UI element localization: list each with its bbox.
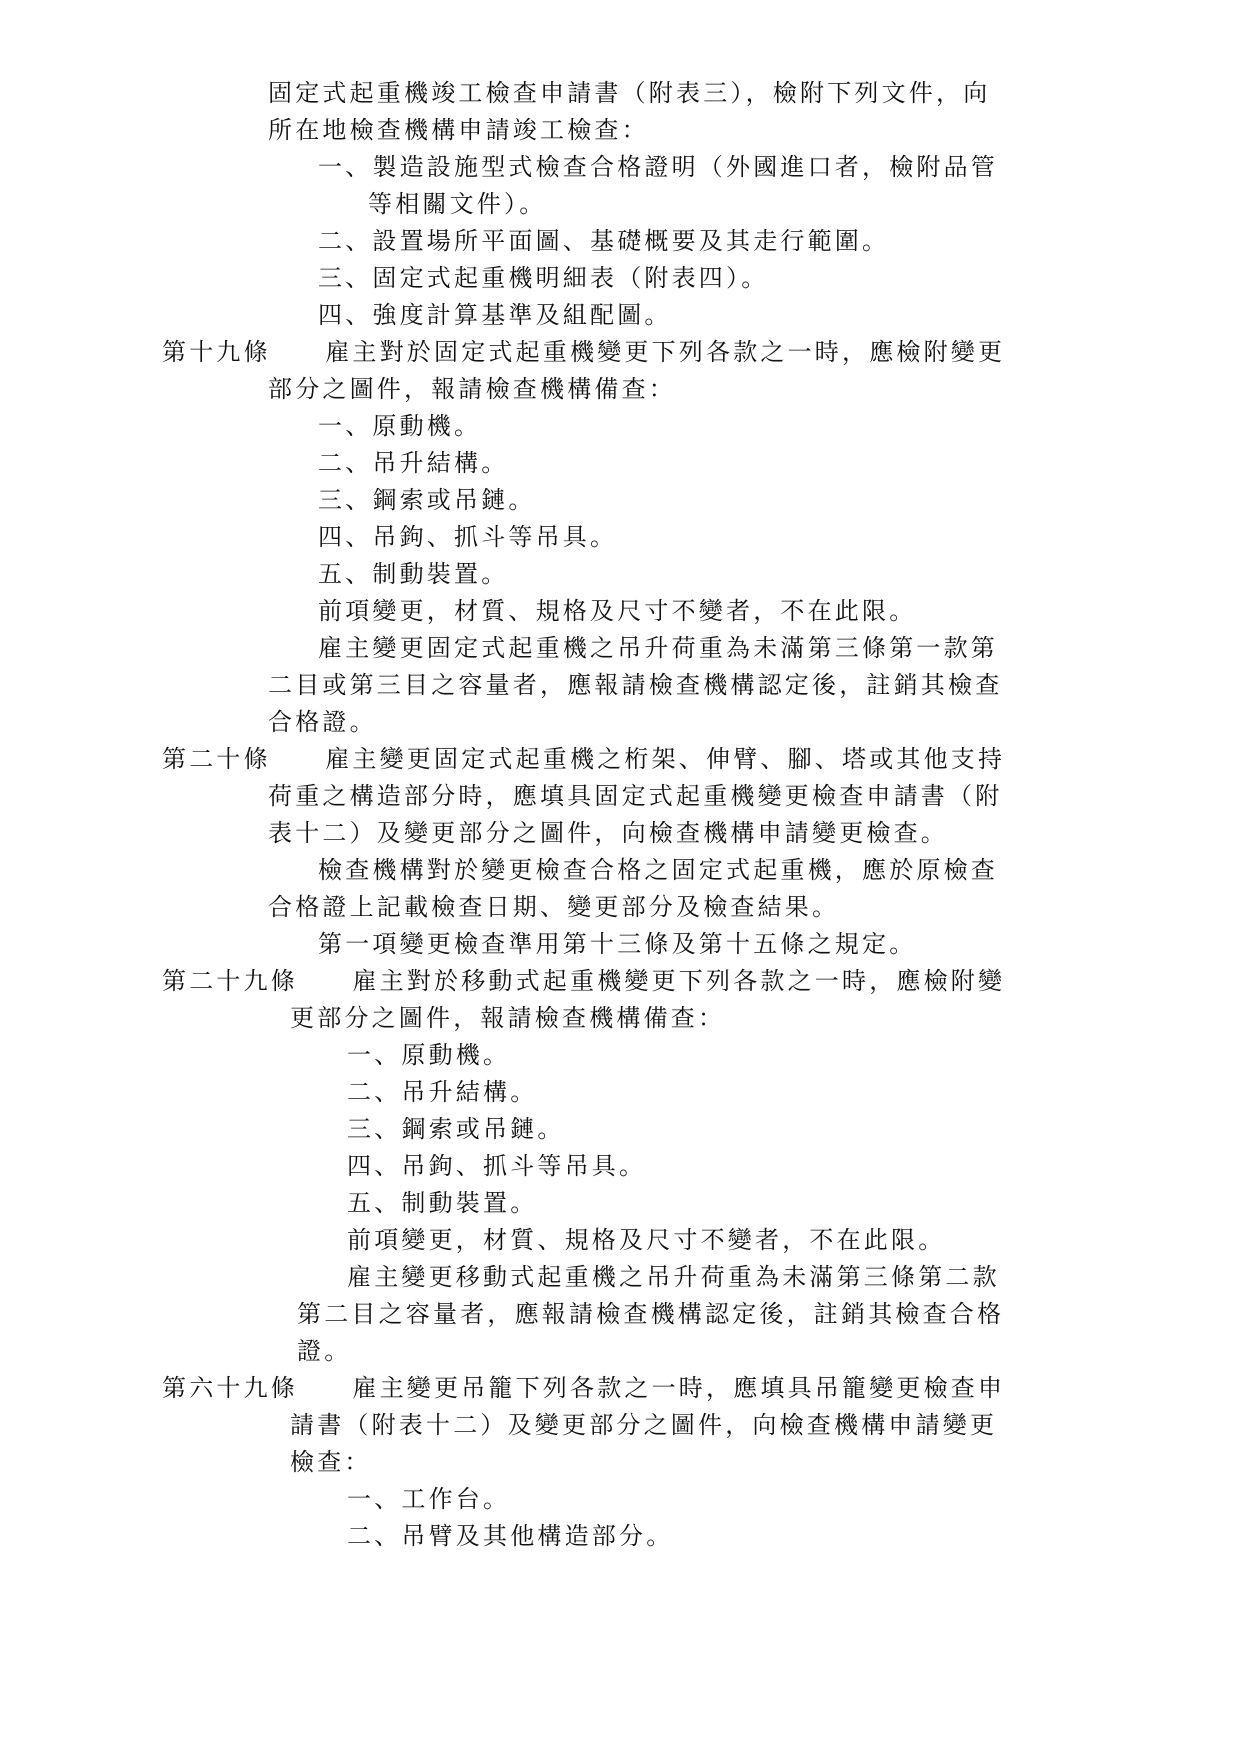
text-line: 合格證上記載檢查日期、變更部分及檢查結果。 [268, 892, 839, 922]
text-line: 第二十條 雇主變更固定式起重機之桁架、伸臂、腳、塔或其他支持 [162, 744, 1005, 774]
text-line: 二目或第三目之容量者，應報請檢查機構認定後，註銷其檢查 [268, 670, 1002, 700]
text-line: 請書（附表十二）及變更部分之圖件，向檢查機構申請變更 [290, 1410, 997, 1440]
text-line: 三、鋼索或吊鏈。 [347, 1114, 565, 1144]
text-line: 四、吊鉤、抓斗等吊具。 [347, 1151, 646, 1181]
text-line: 一、工作台。 [347, 1484, 510, 1514]
text-line: 雇主變更移動式起重機之吊升荷重為未滿第三條第二款 [347, 1262, 1000, 1292]
text-line: 二、吊臂及其他構造部分。 [347, 1521, 673, 1551]
text-line: 第十九條 雇主對於固定式起重機變更下列各款之一時，應檢附變更 [162, 337, 1005, 367]
text-line: 固定式起重機竣工檢查申請書（附表三），檢附下列文件，向 [268, 78, 990, 108]
text-line: 第二目之容量者，應報請檢查機構認定後，註銷其檢查合格 [297, 1299, 1004, 1329]
text-line: 更部分之圖件，報請檢查機構備查： [290, 1003, 725, 1033]
text-line: 一、原動機。 [318, 411, 481, 441]
text-line: 二、吊升結構。 [347, 1077, 537, 1107]
text-line: 雇主變更固定式起重機之吊升荷重為未滿第三條第一款第 [318, 633, 998, 663]
text-line: 二、設置場所平面圖、基礎概要及其走行範圍。 [318, 226, 889, 256]
text-line: 第二十九條 雇主對於移動式起重機變更下列各款之一時，應檢附變 [162, 966, 1005, 996]
text-line: 四、強度計算基準及組配圖。 [318, 300, 672, 330]
text-line: 四、吊鉤、抓斗等吊具。 [318, 522, 617, 552]
text-line: 二、吊升結構。 [318, 448, 508, 478]
text-line: 檢查機構對於變更檢查合格之固定式起重機，應於原檢查 [318, 855, 998, 885]
text-line: 前項變更，材質、規格及尺寸不變者，不在此限。 [347, 1225, 945, 1255]
text-line: 第一項變更檢查準用第十三條及第十五條之規定。 [318, 929, 916, 959]
text-line: 前項變更，材質、規格及尺寸不變者，不在此限。 [318, 596, 916, 626]
text-line: 三、固定式起重機明細表（附表四）。 [318, 263, 768, 293]
text-line: 所在地檢查機構申請竣工檢查： [268, 115, 649, 145]
text-line: 證。 [297, 1336, 351, 1366]
text-line: 檢查： [290, 1447, 372, 1477]
document-page: 固定式起重機竣工檢查申請書（附表三），檢附下列文件，向所在地檢查機構申請竣工檢查… [0, 0, 1241, 1755]
text-line: 第六十九條 雇主變更吊籠下列各款之一時，應填具吊籠變更檢查申 [162, 1373, 1005, 1403]
text-line: 部分之圖件，報請檢查機構備查： [268, 374, 676, 404]
text-line: 五、制動裝置。 [347, 1188, 537, 1218]
text-line: 三、鋼索或吊鏈。 [318, 485, 536, 515]
text-line: 荷重之構造部分時，應填具固定式起重機變更檢查申請書（附 [268, 781, 1002, 811]
text-line: 表十二）及變更部分之圖件，向檢查機構申請變更檢查。 [268, 818, 948, 848]
text-line: 一、原動機。 [347, 1040, 510, 1070]
text-line: 五、制動裝置。 [318, 559, 508, 589]
text-line: 合格證。 [268, 707, 377, 737]
text-line: 等相關文件）。 [368, 189, 546, 219]
text-line: 一、製造設施型式檢查合格證明（外國進口者，檢附品管 [318, 152, 998, 182]
